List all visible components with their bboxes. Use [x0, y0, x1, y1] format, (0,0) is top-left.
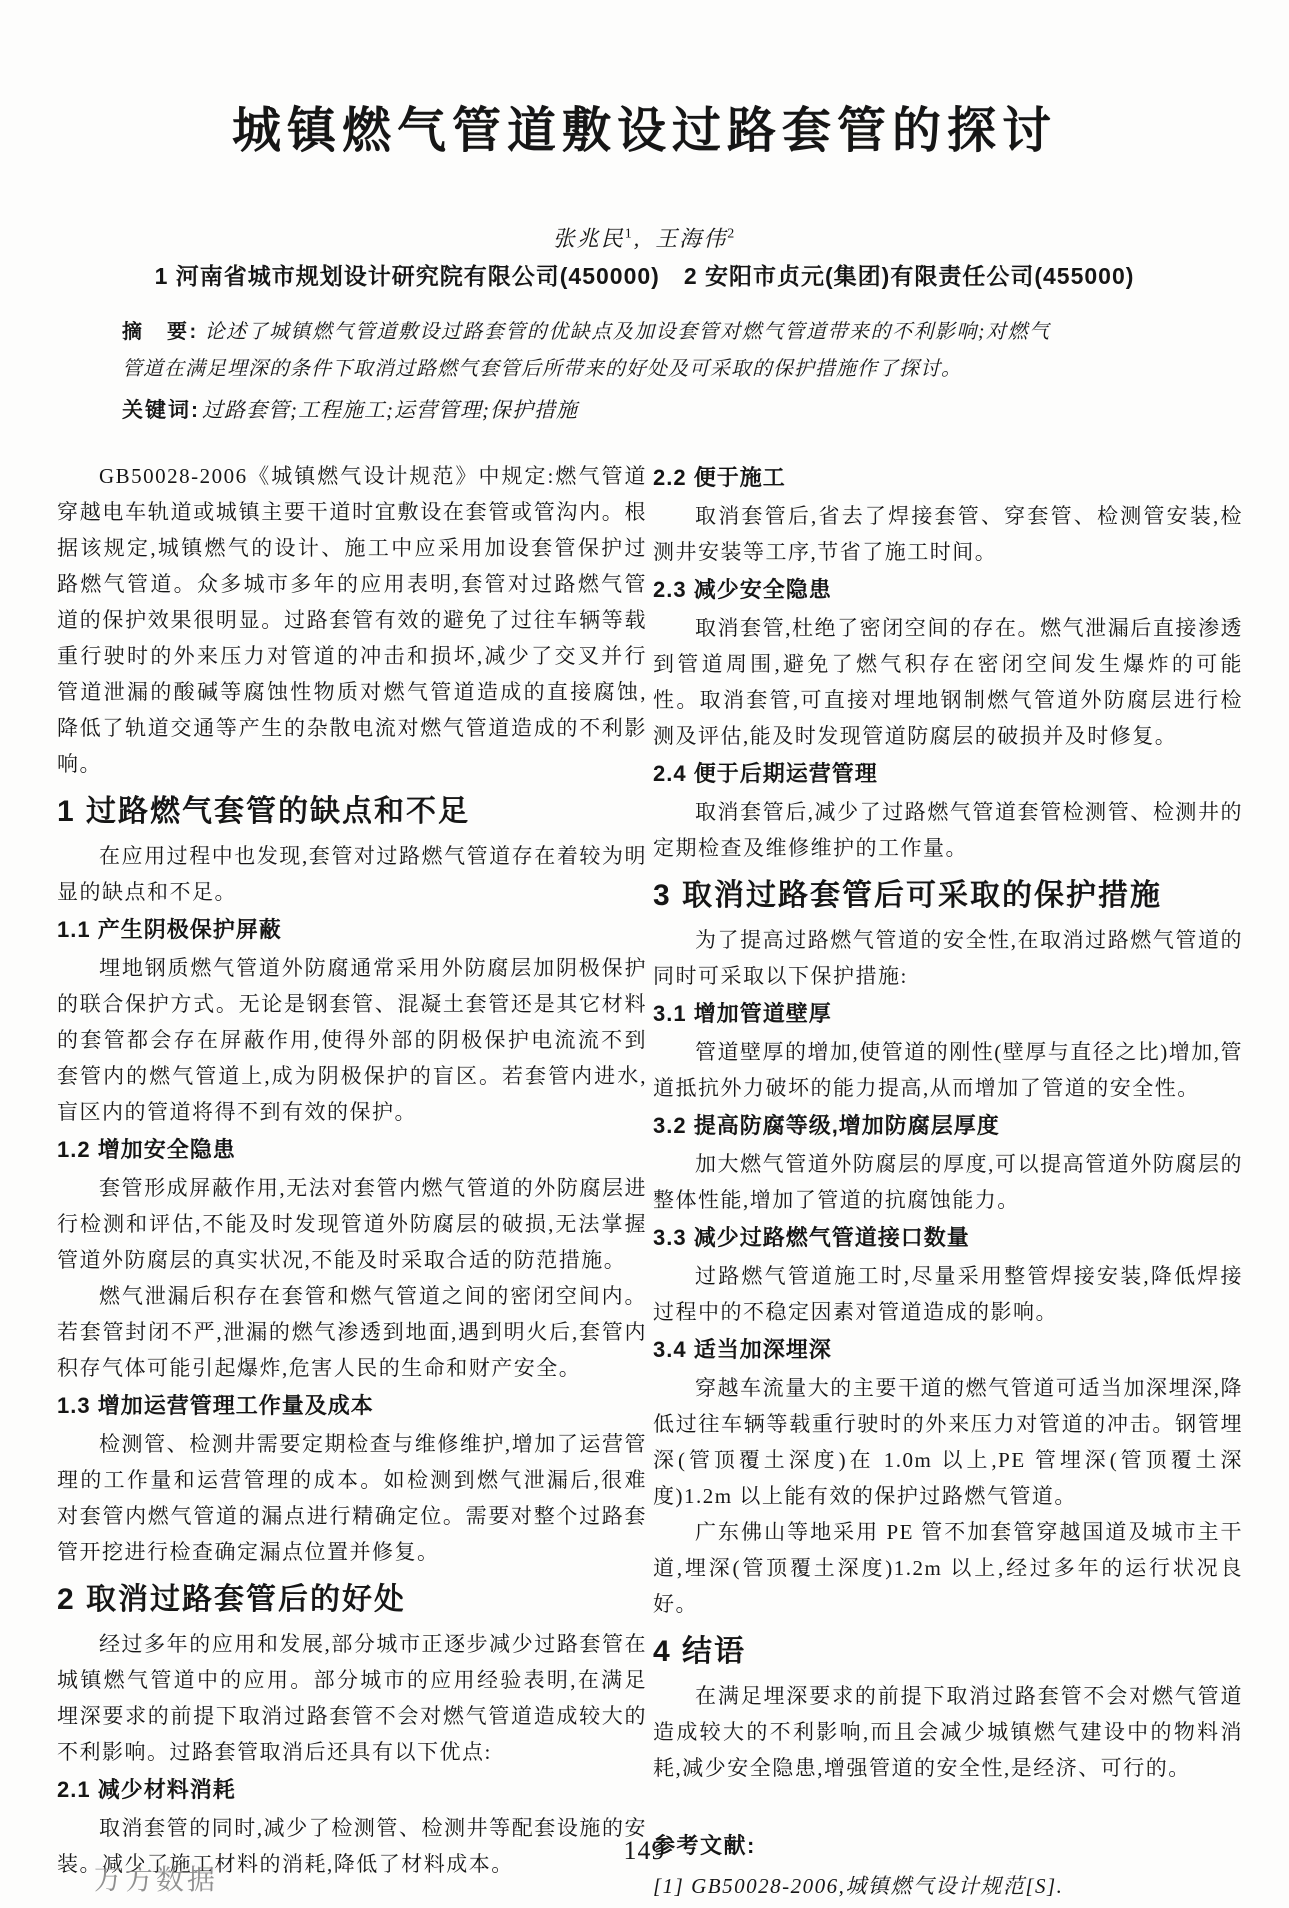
paragraph: 取消套管,杜绝了密闭空间的存在。燃气泄漏后直接渗透到管道周围,避免了燃气积存在密…	[653, 610, 1243, 754]
subsection-heading-3-1: 3.1 增加管道壁厚	[653, 996, 1243, 1032]
author-name: 王海伟	[655, 226, 727, 251]
subsection-heading-1-2: 1.2 增加安全隐患	[57, 1132, 647, 1168]
authors-line: 张兆民1,王海伟2	[0, 222, 1289, 253]
authors-separator: ,	[634, 226, 642, 251]
paragraph-intro: GB50028-2006《城镇燃气设计规范》中规定:燃气管道穿越电车轨道或城镇主…	[57, 458, 647, 782]
abstract-text: 论述了城镇燃气管道敷设过路套管的优缺点及加设套管对燃气管道带来的不利影响;对燃气…	[122, 321, 1050, 380]
paragraph: 套管形成屏蔽作用,无法对套管内燃气管道的外防腐层进行检测和评估,不能及时发现管道…	[57, 1170, 647, 1278]
keywords-text: 过路套管;工程施工;运营管理;保护措施	[202, 398, 578, 422]
author-superscript: 2	[727, 227, 736, 242]
paragraph: 在应用过程中也发现,套管对过路燃气管道存在着较为明显的缺点和不足。	[57, 838, 647, 910]
subsection-heading-2-1: 2.1 减少材料消耗	[57, 1772, 647, 1808]
page-title: 城镇燃气管道敷设过路套管的探讨	[0, 92, 1289, 162]
subsection-heading-3-4: 3.4 适当加深埋深	[653, 1332, 1243, 1368]
keywords-block: 关键词:过路套管;工程施工;运营管理;保护措施	[122, 392, 1050, 429]
subsection-heading-2-3: 2.3 减少安全隐患	[653, 572, 1243, 608]
paragraph: 经过多年的应用和发展,部分城市正逐步减少过路套管在城镇燃气管道中的应用。部分城市…	[57, 1626, 647, 1770]
subsection-heading-1-3: 1.3 增加运营管理工作量及成本	[57, 1388, 647, 1424]
paragraph: 广东佛山等地采用 PE 管不加套管穿越国道及城市主干道,埋深(管顶覆土深度)1.…	[653, 1514, 1243, 1622]
paper-page: 城镇燃气管道敷设过路套管的探讨 张兆民1,王海伟2 1 河南省城市规划设计研究院…	[0, 0, 1289, 1908]
right-column: 2.2 便于施工 取消套管后,省去了焊接套管、穿套管、检测管安装,检测井安装等工…	[653, 458, 1243, 1904]
abstract-label: 摘 要:	[122, 321, 198, 343]
section-heading-2: 2 取消过路套管后的好处	[57, 1580, 647, 1620]
paragraph: 埋地钢质燃气管道外防腐通常采用外防腐层加阴极保护的联合保护方式。无论是钢套管、混…	[57, 950, 647, 1130]
section-heading-1: 1 过路燃气套管的缺点和不足	[57, 792, 647, 832]
subsection-heading-3-2: 3.2 提高防腐等级,增加防腐层厚度	[653, 1108, 1243, 1144]
left-column: GB50028-2006《城镇燃气设计规范》中规定:燃气管道穿越电车轨道或城镇主…	[57, 458, 647, 1882]
paragraph: 管道壁厚的增加,使管道的刚性(壁厚与直径之比)增加,管道抵抗外力破坏的能力提高,…	[653, 1034, 1243, 1106]
watermark: 万方数据	[94, 1858, 218, 1898]
section-heading-3: 3 取消过路套管后可采取的保护措施	[653, 876, 1243, 916]
reference-item: [1] GB50028-2006,城镇燃气设计规范[S].	[653, 1868, 1243, 1904]
subsection-heading-2-2: 2.2 便于施工	[653, 460, 1243, 496]
paragraph: 取消套管后,减少了过路燃气管道套管检测管、检测井的定期检查及维修维护的工作量。	[653, 794, 1243, 866]
paragraph: 穿越车流量大的主要干道的燃气管道可适当加深埋深,降低过往车辆等载重行驶时的外来压…	[653, 1370, 1243, 1514]
paragraph: 取消套管后,省去了焊接套管、穿套管、检测管安装,检测井安装等工序,节省了施工时间…	[653, 498, 1243, 570]
paragraph: 过路燃气管道施工时,尽量采用整管焊接安装,降低焊接过程中的不稳定因素对管道造成的…	[653, 1258, 1243, 1330]
author-superscript: 1	[625, 227, 634, 242]
affiliation-line: 1 河南省城市规划设计研究院有限公司(450000) 2 安阳市贞元(集团)有限…	[0, 258, 1289, 291]
subsection-heading-2-4: 2.4 便于后期运营管理	[653, 756, 1243, 792]
paragraph: 燃气泄漏后积存在套管和燃气管道之间的密闭空间内。若套管封闭不严,泄漏的燃气渗透到…	[57, 1278, 647, 1386]
paragraph: 加大燃气管道外防腐层的厚度,可以提高管道外防腐层的整体性能,增加了管道的抗腐蚀能…	[653, 1146, 1243, 1218]
section-heading-4: 4 结语	[653, 1632, 1243, 1672]
subsection-heading-1-1: 1.1 产生阴极保护屏蔽	[57, 912, 647, 948]
author-name: 张兆民	[553, 226, 625, 251]
subsection-heading-3-3: 3.3 减少过路燃气管道接口数量	[653, 1220, 1243, 1256]
paragraph: 为了提高过路燃气管道的安全性,在取消过路燃气管道的同时可采取以下保护措施:	[653, 922, 1243, 994]
keywords-label: 关键词:	[122, 399, 200, 422]
paragraph: 检测管、检测井需要定期检查与维修维护,增加了运营管理的工作量和运营管理的成本。如…	[57, 1426, 647, 1570]
paragraph: 在满足埋深要求的前提下取消过路套管不会对燃气管道造成较大的不利影响,而且会减少城…	[653, 1678, 1243, 1786]
abstract-block: 摘 要:论述了城镇燃气管道敷设过路套管的优缺点及加设套管对燃气管道带来的不利影响…	[122, 314, 1050, 388]
